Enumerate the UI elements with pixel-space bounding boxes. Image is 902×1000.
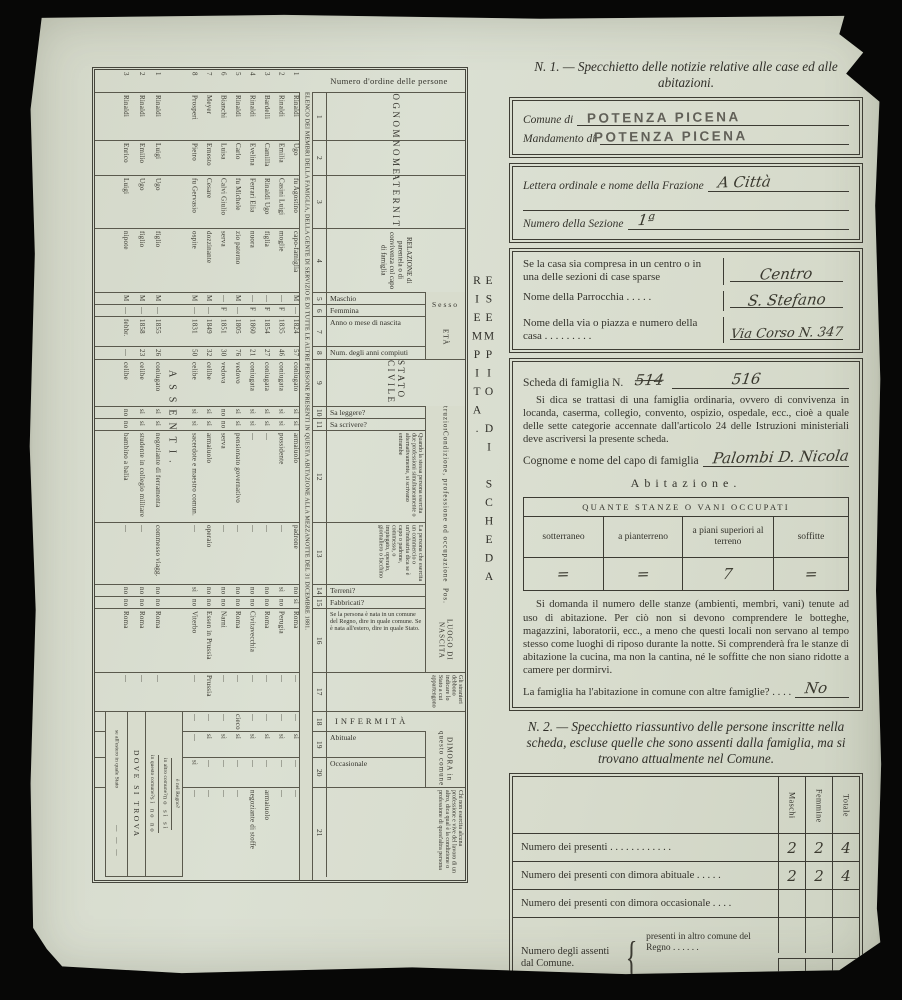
person-cell: — <box>227 523 242 584</box>
person-cell: F <box>256 305 271 316</box>
capo-row: Cognome e nome del capo di famiglia Palo… <box>523 451 849 467</box>
scheda-number: 516 <box>731 370 762 389</box>
person-cell: — <box>241 293 256 304</box>
person-cell: 50 <box>183 347 198 359</box>
assenti-cell: sì <box>129 419 145 430</box>
assenti-cell: no <box>129 585 145 596</box>
person-cell: — <box>227 305 242 316</box>
stanze-value-row: = = 7 = <box>524 557 848 590</box>
via-label: Nome della via o piazza e numero della c… <box>523 317 723 343</box>
assenti-zone: nosìsì <box>95 407 161 418</box>
parrocchia-value-cell: S. Stefano <box>723 291 849 311</box>
mandamento-write-line: POTENZA PICENA <box>600 129 849 145</box>
person-cell: coniugata <box>270 360 285 406</box>
frazione-write-line: A Città <box>708 176 849 192</box>
n2-value-cell <box>805 889 832 917</box>
famiglia-note: Si dica se trattasi di una famiglia ordi… <box>523 394 849 447</box>
field-number: 19 <box>313 732 327 757</box>
field-label-zone: 21Chi non esercita alcuna professione e … <box>313 788 465 877</box>
assenti-cell: M <box>145 293 161 304</box>
person-cell: nuora <box>241 229 256 292</box>
field-label: Terreni? <box>327 585 425 596</box>
assenti-cell: 1 <box>145 70 161 92</box>
presenti-zone: sìsìnosìsìsìsìsì <box>183 419 299 430</box>
person-cell: 8 <box>183 70 198 92</box>
assenti-cell: — <box>129 523 145 584</box>
person-cell: capo-famiglia <box>285 229 300 292</box>
n2-col-label: Femmine <box>815 789 824 823</box>
person-cell: — <box>285 712 300 731</box>
person-cell: no <box>198 597 213 608</box>
person-cell: — <box>212 293 227 304</box>
assenti-cell: Roma <box>129 609 145 672</box>
presenti-zone: sacerdote e maestro comun.armaiuoloserva… <box>183 431 299 522</box>
parrocchia-value: S. Stefano <box>746 290 826 310</box>
assenti-cell: 1855 <box>145 317 161 346</box>
assenti-cell: nipote <box>113 229 129 292</box>
assenti-cell: — <box>145 305 161 316</box>
assenti-cell: Ugo <box>129 176 145 228</box>
presenti-zone: ProsperiMeyerBianchiRinaldiRinaldiBardel… <box>183 93 299 140</box>
frazione-extra-line-row <box>523 195 849 211</box>
presenti-zone: ospitedozzinanteservazio paternonuorafig… <box>183 229 299 292</box>
person-cell: Viterbo <box>183 609 198 672</box>
person-cell: serva <box>212 431 227 522</box>
person-cell: Roma <box>285 609 300 672</box>
field-number: 4 <box>313 229 327 292</box>
person-cell: — <box>183 305 198 316</box>
person-cell: Essen in Prussia <box>198 609 213 672</box>
person-cell: — <box>227 788 242 877</box>
assenti-cell: Roma <box>113 609 129 672</box>
assenti-cell: 1858 <box>129 317 145 346</box>
field-label: Maschio <box>327 293 425 304</box>
dove-title-col: DOVE SI TROVA <box>128 712 146 876</box>
census-band: EnricoEmilioLuigiPietroErnestoLuisaCarlo… <box>95 140 465 175</box>
assenti-zone: 321 <box>95 70 161 92</box>
person-cell: Rinaldi Ugo <box>256 176 271 228</box>
person-cell: M <box>227 293 242 304</box>
n2-assenti-value-cell <box>805 958 832 994</box>
assenti-cell: — <box>145 673 161 711</box>
person-cell: — <box>241 523 256 584</box>
field-number: 8 <box>313 347 327 359</box>
person-cell: sì <box>183 407 198 418</box>
person-cell: — <box>198 712 213 731</box>
n2-corner-cell <box>513 777 778 833</box>
stanze-note: Si domanda il numero delle stanze (ambie… <box>523 598 849 677</box>
assenti-zone: ——— <box>95 673 161 711</box>
person-cell: — <box>183 523 198 584</box>
sezione-label: Numero della Sezione <box>523 218 628 230</box>
assenti-cell: — <box>113 523 129 584</box>
person-cell: figlia <box>256 229 271 292</box>
person-cell: coniugata <box>241 360 256 406</box>
scheda-row: Scheda di famiglia N. 514 516 <box>523 371 849 389</box>
field-label-text: COGNOME <box>391 93 401 140</box>
person-cell: — <box>256 523 271 584</box>
n2-row-label: Numero dei presenti . . . . . . . . . . … <box>513 833 778 861</box>
person-cell: — <box>256 712 271 731</box>
pos-group-label-text: Pos. <box>442 588 450 604</box>
person-cell: — <box>183 732 198 757</box>
n2-value-cell: 2 <box>805 833 832 861</box>
person-cell: no <box>256 585 271 596</box>
person-cell: — <box>270 523 285 584</box>
person-cell: sì <box>270 732 285 757</box>
field-number-text: 4 <box>315 259 324 263</box>
person-cell: no <box>241 585 256 596</box>
field-label: Sa leggere? <box>327 407 425 418</box>
person-cell: — <box>256 293 271 304</box>
comune-write-line: POTENZA PICENA <box>577 110 849 126</box>
assenti-zone: bambino a baliastudente in collegio mili… <box>95 431 161 522</box>
person-cell: — <box>285 673 300 711</box>
person-cell: — <box>212 712 227 731</box>
assenti-cell: no <box>129 597 145 608</box>
person-cell: Roma <box>256 609 271 672</box>
person-cell: 1849 <box>198 317 213 346</box>
n2-table: MaschiFemmineTotaleNumero dei presenti .… <box>512 776 860 999</box>
assenti-cell: Enrico <box>113 141 129 175</box>
field-number: 2 <box>313 141 327 175</box>
stanze-value-1: = <box>635 565 650 583</box>
assenti-zone: EnricoEmilioLuigi <box>95 141 161 175</box>
n2-row-label: Numero dei presenti con dimora occasiona… <box>513 889 778 917</box>
scheda-box: Scheda di famiglia N. 514 516 Si dica se… <box>512 361 860 708</box>
field-number: 20 <box>313 758 327 787</box>
person-cell: sì <box>198 407 213 418</box>
field-number-text: 3 <box>315 200 324 204</box>
assenti-zone: —2326 <box>95 347 161 359</box>
person-cell: — <box>183 673 198 711</box>
field-label: Num. degli anni compiuti <box>327 347 425 359</box>
dove-title-text: DOVE SI TROVA <box>132 750 141 838</box>
field-label: Fabbricati? <box>327 597 425 608</box>
assenti-caption-spacer <box>161 70 183 92</box>
person-cell: no <box>285 585 300 596</box>
person-cell: Bianchi <box>212 93 227 140</box>
presenti-zone: sìnononononosìno <box>183 585 299 596</box>
assenti-zone: LuigiUgoUgo <box>95 176 161 228</box>
presenti-zone: nononononononosì <box>183 597 299 608</box>
presenti-zone: 5032307621274657 <box>183 347 299 359</box>
person-cell: sì <box>285 407 300 418</box>
n2-value: 2 <box>814 867 824 885</box>
n2-value: 4 <box>841 867 851 885</box>
presenti-zone: —operaio—————padrone <box>183 523 299 584</box>
person-cell: Cesare <box>198 176 213 228</box>
person-cell: M <box>183 293 198 304</box>
esempio-caption: ESEMPIO DI SCHEDA RIEMPITA. <box>470 275 496 671</box>
person-cell: Civitavecchia <box>241 609 256 672</box>
assenti-cell: — <box>113 347 129 359</box>
assenti-cell: no <box>113 407 129 418</box>
scanned-census-page: 32187654321Numero d'ordine delle persone… <box>0 0 902 1000</box>
field-number: 14 <box>313 585 327 596</box>
person-cell: — <box>270 293 285 304</box>
person-cell: Carlo <box>227 141 242 175</box>
person-cell: celibe <box>183 360 198 406</box>
census-band: RinaldiRinaldiRinaldiProsperiMeyerBianch… <box>95 92 465 140</box>
sezione-write-line: 1ª <box>628 214 849 230</box>
n2-assenti-value-cell <box>778 917 805 953</box>
luogo-group-label: LUOGO DI NASCITA <box>425 608 465 672</box>
field-label: RELAZIONE di parentela o di convivenza c… <box>327 229 465 292</box>
presenti-zone: PietroErnestoLuisaCarloEvelinaCamillaEmi… <box>183 141 299 175</box>
person-cell: — <box>285 305 300 316</box>
person-cell: Meyer <box>198 93 213 140</box>
assenti-cell: — <box>113 673 129 711</box>
person-cell: — <box>256 431 271 522</box>
assenti-cell: Luigi <box>113 176 129 228</box>
person-cell: 76 <box>227 347 242 359</box>
census-band: MMMMM—M———M5Maschio <box>95 292 465 304</box>
field-number: 12 <box>313 431 327 522</box>
person-cell: 21 <box>241 347 256 359</box>
person-cell: Rinaldi <box>270 93 285 140</box>
assenti-cell: Roma <box>145 609 161 672</box>
famiglia-comune-line: No <box>795 682 849 698</box>
person-cell: armaiuolo <box>285 431 300 522</box>
person-cell: — <box>241 758 256 787</box>
comune-stamp: POTENZA PICENA <box>587 109 741 126</box>
person-cell: sì <box>256 419 271 430</box>
assenti-cell: sì <box>145 407 161 418</box>
person-cell: sì <box>241 407 256 418</box>
person-cell: M <box>285 293 300 304</box>
capo-write-line: Palombi D. Nicola <box>703 451 849 467</box>
field-number: 15 <box>313 597 327 608</box>
n2-assenti-value-cell <box>778 958 805 994</box>
famiglia-comune-row: La famiglia ha l'abitazione in comune co… <box>523 682 849 698</box>
presenti-zone: MM—M———M <box>183 293 299 304</box>
stanze-header-row: sotterraneo a pianterreno a piani superi… <box>524 517 848 557</box>
presenti-zone: ———cieco———— <box>183 712 299 731</box>
condizione-group-label: Condizione, professione od occupazione <box>425 430 465 584</box>
scheda-write-line: 516 <box>672 373 849 389</box>
n2-assenti-main-label: Numero degli assenti dal Comune. <box>521 946 617 971</box>
presenti-zone: —Prussia—————— <box>183 673 299 711</box>
presenti-zone: celibecelibevedovavedovoconiugataconiuga… <box>183 360 299 406</box>
assenti-zone: RinaldiRinaldiRinaldi <box>95 93 161 140</box>
person-cell: 1831 <box>183 317 198 346</box>
assenti-caption-spacer <box>161 609 183 672</box>
person-cell: 57 <box>285 347 300 359</box>
field-number: 6 <box>313 305 327 316</box>
field-label: NOME <box>327 141 465 175</box>
census-band: RomaRomaRomaViterboEssen in PrussiaNarni… <box>95 608 465 672</box>
person-cell: Pietro <box>183 141 198 175</box>
assenti-caption-spacer <box>161 176 183 228</box>
assenti-cell: commesso viagg. <box>145 523 161 584</box>
n2-value: 4 <box>841 839 851 857</box>
person-cell: fu Agostino <box>285 176 300 228</box>
dove-altro-subcol: in altro comune?no sì sì <box>159 758 172 830</box>
person-cell: Casini Luigi <box>270 176 285 228</box>
mandamento-stamp: POTENZA PICENA <box>593 128 747 145</box>
assenti-cell: sì <box>145 419 161 430</box>
presenti-zone: fu GervasioCesareCalvi Giuliofu MicheleF… <box>183 176 299 228</box>
stanze-col-sotterraneo: sotterraneo <box>524 517 603 557</box>
person-cell: cieco <box>227 712 242 731</box>
comune-label: Comune di <box>523 114 577 126</box>
dove-estero-label: se all'estero in quale Stato <box>114 730 120 788</box>
n2-assenti-value-cell <box>832 917 859 953</box>
stanze-value-0: = <box>556 565 571 583</box>
casa-label: Se la casa sia compresa in un centro o i… <box>523 258 723 284</box>
assenti-cell: 23 <box>129 347 145 359</box>
assenti-caption: ASSENTI. <box>161 320 183 520</box>
person-cell: fu Gervasio <box>183 176 198 228</box>
assenti-cell: M <box>129 293 145 304</box>
dove-estero-col: se all'estero in quale Stato— — — <box>106 712 128 876</box>
elenco-caption: ELENCO DEI MEMBRI DELLA FAMIGLIA, DELLA … <box>299 92 313 880</box>
person-cell: dozzinante <box>198 229 213 292</box>
field-label: Gli stranieri debbono indicare lo Stato … <box>327 673 465 711</box>
person-cell: sì <box>227 419 242 430</box>
census-band: —————F—FFF—6Femmina <box>95 304 465 316</box>
person-cell: 1805 <box>227 317 242 346</box>
person-cell: no <box>256 597 271 608</box>
person-cell: 27 <box>256 347 271 359</box>
dove-questo-values: sì no no <box>149 797 156 834</box>
n2-grid: MaschiFemmineTotaleNumero dei presenti .… <box>513 777 859 998</box>
field-number: 5 <box>313 293 327 304</box>
person-cell: — <box>183 788 198 877</box>
famiglia-comune-label: La famiglia ha l'abitazione in comune co… <box>523 686 795 698</box>
presenti-zone: sì——————— <box>183 758 299 787</box>
assenti-cell: no <box>113 597 129 608</box>
assenti-zone: nonono <box>95 597 161 608</box>
person-cell: moglie <box>270 229 285 292</box>
dove-regno-col: in questo comune?sì no noin altro comune… <box>146 712 182 876</box>
assenti-zone: MMM <box>95 293 161 304</box>
stanze-value-3: = <box>803 565 818 583</box>
field-label-zone: 1COGNOME <box>313 93 465 140</box>
frazione-box: Lettera ordinale e nome della Frazione A… <box>512 166 860 240</box>
assenti-caption-spacer <box>161 585 183 596</box>
casa-value-cell: Centro <box>723 258 849 284</box>
field-number-text: 12 <box>315 473 324 481</box>
person-cell: fu Michele <box>227 176 242 228</box>
dove-questo-subcol: in questo comune?sì no no <box>146 755 159 834</box>
field-number-text: 18 <box>315 718 324 726</box>
assenti-cell: — <box>129 673 145 711</box>
person-cell: — <box>212 673 227 711</box>
field-label-text: RELAZIONE di parentela o di convivenza c… <box>379 229 413 292</box>
via-value-cell: Via Corso N. 347 <box>723 317 849 343</box>
field-number: 10 <box>313 407 327 418</box>
assenti-cell: Emilio <box>129 141 145 175</box>
condizione-group-label-text: Condizione, professione od occupazione <box>442 431 450 583</box>
person-cell: 6 <box>212 70 227 92</box>
person-cell: — <box>212 788 227 877</box>
field-number-text: 5 <box>315 297 324 301</box>
field-number: 9 <box>313 360 327 406</box>
person-cell: Calvi Giulio <box>212 176 227 228</box>
assenti-cell: celibe <box>129 360 145 406</box>
field-label: Sa scrivere? <box>327 419 425 430</box>
frazione-label: Lettera ordinale e nome della Frazione <box>523 180 708 192</box>
n2-assenti-label-cell: Numero degli assenti dal Comune.{present… <box>513 917 778 998</box>
eta-group-label-text: ETÀ <box>442 329 450 346</box>
presenti-zone: sìsìnosìsìsìsìsì <box>183 407 299 418</box>
assenti-caption-spacer <box>161 141 183 175</box>
field-number-text: 11 <box>315 421 324 428</box>
person-cell: 1851 <box>212 317 227 346</box>
abitazione-heading: Abitazione. <box>523 476 849 491</box>
person-cell: — <box>270 712 285 731</box>
person-cell: operaio <box>198 523 213 584</box>
assenti-cell: — <box>129 305 145 316</box>
census-band: nosìsìsìsìnosìsìsìsìsì10Sa leggere? <box>95 406 465 418</box>
person-cell: F <box>270 305 285 316</box>
person-cell: sì <box>285 419 300 430</box>
sezione-value: 1ª <box>636 211 655 229</box>
census-example-table: 32187654321Numero d'ordine delle persone… <box>94 69 466 881</box>
person-cell: — <box>256 758 271 787</box>
paper-sheet: 32187654321Numero d'ordine delle persone… <box>28 13 882 976</box>
field-label: Occasionale <box>327 758 425 787</box>
n2-assenti-sub-regno: presenti in altro comune del Regno . . .… <box>646 930 776 956</box>
person-cell: sì <box>227 732 242 757</box>
person-cell: no <box>212 407 227 418</box>
person-cell: ospite <box>183 229 198 292</box>
person-cell: — <box>212 758 227 787</box>
person-cell: no <box>227 597 242 608</box>
person-cell: Narni <box>212 609 227 672</box>
person-cell: negoziante di stoffe <box>241 788 256 877</box>
census-band: ——commesso viagg.—operaio—————padrone13L… <box>95 522 465 584</box>
n2-value: 2 <box>787 867 797 885</box>
person-cell: celibe <box>198 360 213 406</box>
casa-value: Centro <box>759 264 814 283</box>
field-label: INFERMITÀ <box>327 712 465 731</box>
dove-estero-values: — — — <box>113 825 120 858</box>
assenti-cell: 26 <box>145 347 161 359</box>
right-column: N. 1. — Specchietto delle notizie relati… <box>510 59 862 999</box>
person-cell: sì <box>241 732 256 757</box>
n2-value: 2 <box>814 839 824 857</box>
assenti-caption-spacer <box>161 673 183 711</box>
person-cell: vedovo <box>227 360 242 406</box>
census-band: —232650323076212746578Num. degli anni co… <box>95 346 465 359</box>
person-cell: — <box>241 431 256 522</box>
field-number-text: 1 <box>315 115 324 119</box>
field-number: 7 <box>313 317 327 346</box>
census-band: celibecelibeconiugatocelibecelibevedovav… <box>95 359 465 406</box>
census-band: nonononononononononosì15Fabbricati? <box>95 596 465 608</box>
person-cell: 1 <box>285 70 300 92</box>
sesso-group-label-text: Sesso <box>432 300 459 309</box>
field-number: 16 <box>313 609 327 672</box>
person-cell: armaiuolo <box>256 788 271 877</box>
field-label: PATERNITÀ <box>327 176 465 228</box>
assenti-cell: Ugo <box>145 176 161 228</box>
n1-title: N. 1. — Specchietto delle notizie relati… <box>510 59 862 91</box>
field-number-text: 14 <box>315 587 324 595</box>
person-cell: sì <box>285 732 300 757</box>
person-cell: no <box>212 585 227 596</box>
field-label: COGNOME <box>327 93 465 140</box>
field-number: 21 <box>313 788 327 877</box>
person-cell: Prosperi <box>183 93 198 140</box>
person-cell: vedova <box>212 360 227 406</box>
presenti-zone: ViterboEssen in PrussiaNarniRomaCivitave… <box>183 609 299 672</box>
assenti-caption-spacer <box>161 229 183 292</box>
person-cell: no <box>183 597 198 608</box>
